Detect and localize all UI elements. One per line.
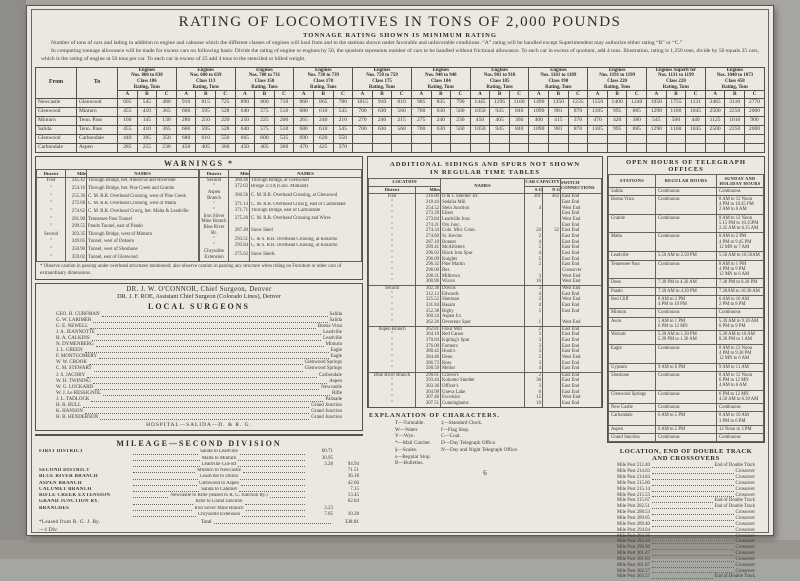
dotted-leader xyxy=(652,514,734,515)
rating-value-cell: 240 xyxy=(313,116,333,125)
hours-line: 9 AM to 6 PM xyxy=(658,365,714,370)
station-cell: Malta xyxy=(609,233,656,252)
rating-value-cell xyxy=(725,143,745,152)
rating-value-cell xyxy=(549,143,569,152)
rating-value-cell: 840 xyxy=(509,125,529,134)
dotted-leader xyxy=(89,364,303,365)
warning-row: Aspen Branch360.56C. M. R.R. Overhead Cr… xyxy=(200,190,362,202)
engine-col-line: Rating, Tons xyxy=(529,85,587,91)
hours-line: 12 MN to 7 AM xyxy=(719,245,761,250)
warning-row: "254.16Through Bridge, bet. Pine Creek a… xyxy=(37,185,199,193)
engine-col-header: EnginesNos. 1040 to 1073Class 458Rating,… xyxy=(705,67,764,91)
engine-col-line: Rating, Tons xyxy=(647,85,705,91)
station-cell: Aspen xyxy=(609,425,656,433)
name-cell: C. M. R.R. Overhead Crossing, west of Pi… xyxy=(87,193,199,201)
dotted-leader xyxy=(652,496,734,497)
mile-header: Mile xyxy=(229,169,250,177)
abc-header: A xyxy=(529,91,549,98)
rating-value-cell xyxy=(470,143,490,152)
hours-line: 4.50 AM to 6.30 AM xyxy=(719,397,761,402)
name-cell: C. M. R.R. Overhead Crossing, west of Ma… xyxy=(87,201,199,209)
rating-value-cell: 680 xyxy=(294,107,314,116)
dotted-leader xyxy=(87,377,317,378)
dotted-leader xyxy=(241,485,305,486)
rating-value-cell: 1295 xyxy=(490,98,510,107)
car-capacity-header: CAR CAPACITY xyxy=(525,178,561,186)
name-cell: Tunnel, west of Shoshone xyxy=(87,246,199,254)
rating-value-cell xyxy=(588,134,608,143)
rating-value-cell: 455 xyxy=(118,125,138,134)
telegraph-row: Red Cliff8 AM to 2 PM4 PM to 10 PM6 AM t… xyxy=(609,295,764,309)
hours-line: Continuous xyxy=(658,234,714,239)
rating-value-cell: 225 xyxy=(255,116,275,125)
district-cell: " xyxy=(37,201,66,209)
division-margin-note: —1 Div. xyxy=(39,527,359,533)
rating-value-cell: 270 xyxy=(353,116,373,125)
rating-value-cell: 985 xyxy=(411,98,431,107)
warning-row: "274.62C. M. R.R. Overhead Cros'g, bet. … xyxy=(37,208,199,216)
name-cell: Pando Tunnel, east of Pando xyxy=(87,223,199,231)
character-definition: Y—Wye. xyxy=(395,433,431,440)
rating-value-cell xyxy=(705,143,725,152)
rating-value-cell xyxy=(470,134,490,143)
rating-value-cell: 365 xyxy=(157,107,177,116)
rating-value-cell: 700 xyxy=(353,125,373,134)
rating-value-cell: 3465 xyxy=(705,98,725,107)
rating-value-cell: 240 xyxy=(431,116,451,125)
rating-value-cell: 550 xyxy=(215,134,235,143)
sunday-hours-cell: 5.30 AM to 9.30 AM6 PM to 9 PM xyxy=(717,317,764,331)
header-row: District Mile NAMES xyxy=(200,169,362,177)
abc-header: B xyxy=(607,91,627,98)
to-cell: Minturn xyxy=(77,107,118,116)
rating-value-cell: 250 xyxy=(235,116,255,125)
hours-line: 2 AM to 6 AM xyxy=(719,207,761,212)
rating-value-cell: 440 xyxy=(686,116,706,125)
ng-header: N G xyxy=(543,186,561,194)
surgeons-panel: DR. J. W. O'CONNOR, Chief Surgeon, Denve… xyxy=(35,283,363,432)
rating-row: SalidaTenn. Pass455410365660595528640575… xyxy=(36,125,765,134)
regular-hours-cell: Continuous xyxy=(656,390,717,404)
rating-value-cell xyxy=(627,143,647,152)
rating-value-cell: 380 xyxy=(627,116,647,125)
rating-value-cell xyxy=(647,134,667,143)
rating-value-cell xyxy=(431,134,451,143)
dotted-leader xyxy=(652,526,734,527)
abc-header: B xyxy=(431,91,451,98)
district-cell: Second xyxy=(37,231,66,239)
district-cell: Aspen Branch xyxy=(200,190,229,202)
rating-value-cell: 665 xyxy=(235,134,255,143)
abc-header: C xyxy=(627,91,647,98)
rating-value-cell: 1235 xyxy=(568,98,588,107)
abc-header: A xyxy=(411,91,431,98)
page-border: RATING OF LOCOMOTIVES IN TONS OF 2,000 P… xyxy=(31,9,769,533)
regular-hours-header: REGULAR HOURS xyxy=(656,174,717,187)
hours-line: Continuous xyxy=(658,392,714,397)
dotted-leader xyxy=(652,473,734,474)
to-header: To xyxy=(77,67,118,98)
sunday-hours-cell: 8 AM to 12 Noon4 PM to 10.45 PM2 AM to 6… xyxy=(717,195,764,214)
station-cell: Salida xyxy=(609,187,656,195)
dotted-leader xyxy=(133,510,192,511)
rating-value-cell: 2250 xyxy=(725,107,745,116)
district-cell: " xyxy=(37,208,66,216)
rating-value-cell: 480 xyxy=(157,98,177,107)
dotted-leader xyxy=(93,322,327,323)
rating-value-cell: 450 xyxy=(235,143,255,152)
hours-line: 8.30 PM to 1 AM xyxy=(719,337,761,342)
regular-hours-cell: 7.30 PM to 4.30 AM xyxy=(656,279,717,287)
warning-row: "299.55Pando Tunnel, east of Pando xyxy=(37,223,199,231)
name-cell: Through Bridge, west of Minturn xyxy=(87,231,199,239)
header-row: STATIONS REGULAR HOURS SUNDAY AND HOLIDA… xyxy=(609,174,764,187)
station-cell: Tennessee Pass xyxy=(609,260,656,279)
abc-header: A xyxy=(235,91,255,98)
engine-col-header: EnginesNos. 600 to 639Class 113Rating, T… xyxy=(176,67,235,91)
rating-value-cell: 700 xyxy=(353,107,373,116)
rating-value-cell: 1950 xyxy=(647,98,667,107)
page-subtitle: TONNAGE RATING SHOWN IS MINIMUM RATING xyxy=(35,32,765,39)
rating-value-cell xyxy=(451,134,471,143)
rating-value-cell: 600 xyxy=(255,134,275,143)
mile-cell: 287.49 xyxy=(229,225,250,237)
from-cell: Carbondale xyxy=(36,143,77,152)
abc-header: B xyxy=(255,91,275,98)
rating-value-cell: 405 xyxy=(196,143,216,152)
mileage-leased-footnote: *Leased from R. G. J. Ry. xyxy=(39,519,131,525)
station-cell: Glenwood Springs xyxy=(609,390,656,404)
surgeon-list: GEO. H. CURFMANSalidaG. W. LARIMERSalida… xyxy=(42,312,356,422)
name-cell: Tunnel, west of Dotsero xyxy=(87,238,199,246)
regular-hours-cell: 5 AM to 1 PM6 PM to 12 MN xyxy=(656,317,717,331)
engine-col-line: Rating, Tons xyxy=(294,85,352,91)
rating-value-cell xyxy=(588,143,608,152)
engine-col-header: EnginesNos. 1191 to 1199Class 220Rating,… xyxy=(588,67,647,91)
telegraph-row: GraniteContinuous8 AM to 12 Noon5.15 PM … xyxy=(609,214,764,233)
rating-value-cell: 910 xyxy=(372,98,392,107)
dotted-leader xyxy=(242,516,305,517)
rating-value-cell xyxy=(509,143,529,152)
abc-header: B xyxy=(549,91,569,98)
rating-value-cell xyxy=(666,143,686,152)
rating-value-cell: 1240 xyxy=(627,98,647,107)
character-list-left: T—Turntable.W—Water.Y—Wye.*—Mail Catcher… xyxy=(395,420,431,467)
rating-value-cell: 840 xyxy=(509,107,529,116)
rating-value-cell: 835 xyxy=(431,98,451,107)
abc-header: C xyxy=(509,91,529,98)
abc-header: C xyxy=(215,91,235,98)
mile-cell: 274.62 xyxy=(66,208,87,216)
hours-line: 5.50 AM to 2.50 PM xyxy=(658,253,714,258)
rating-value-cell: 960 xyxy=(294,98,314,107)
dotted-leader xyxy=(652,555,734,556)
rating-value-cell: 800 xyxy=(255,98,275,107)
rating-value-cell: 470 xyxy=(588,116,608,125)
intro-paragraph-2: In computing tonnage allowance will be m… xyxy=(41,48,759,63)
rating-value-cell: 780 xyxy=(333,98,353,107)
hospital-note: HOSPITAL—SALIDA—D. & R. G. xyxy=(42,422,356,428)
rating-value-cell: 660 xyxy=(176,107,196,116)
sidings-table: LOCATION NAMES CAR CAPACITY SWITCH CONNE… xyxy=(368,178,602,407)
abc-header-row: ABCABCABCABCABCABCABCABCABCABCABC xyxy=(36,91,765,98)
hours-line: Continuous xyxy=(719,189,761,194)
page-title: RATING OF LOCOMOTIVES IN TONS OF 2,000 P… xyxy=(35,14,765,31)
sunday-hours-cell: 8 AM to 2 PM4 PM to 9.45 PM12 MN to 7 AM xyxy=(717,233,764,252)
rating-value-cell: 690 xyxy=(294,134,314,143)
district-cell: " xyxy=(37,223,66,231)
sidings-title-line2: IN REGULAR TIME TABLES xyxy=(368,169,602,177)
station-cell: New Castle xyxy=(609,404,656,412)
mile-cell: 303.35 xyxy=(66,231,87,239)
from-cell: Newcastle xyxy=(36,98,77,107)
warnings-table-right: District Mile NAMES Second360.48Through … xyxy=(199,169,362,262)
to-cell: Aspen xyxy=(77,143,118,152)
sunday-hours-cell: 8 AM to 12 Noon5.15 PM to 10.15PM2.45 AM… xyxy=(717,214,764,233)
assistant-chief-surgeon: DR. J. F. ROE, Assistant Chief Surgeon (… xyxy=(42,293,356,300)
chief-surgeon: DR. J. W. O'CONNOR, Chief Surgeon, Denve… xyxy=(42,286,356,293)
hours-line: Continuous xyxy=(658,189,714,194)
engine-col-header: EnginesNos. 901 to 918Class 185Rating, T… xyxy=(470,67,529,91)
dotted-leader xyxy=(133,479,198,480)
name-cell: Through Bridge, bet. Americus and Rivers… xyxy=(87,177,199,185)
district-cell: First xyxy=(37,177,66,185)
rating-value-cell: 370 xyxy=(568,116,588,125)
rating-value-cell: 405 xyxy=(255,143,275,152)
regular-hours-cell: 8 AM to 2 PM4 PM to 10 PM xyxy=(656,295,717,309)
abc-header: B xyxy=(137,91,157,98)
telegraph-row: Grand JunctionContinuousContinuous xyxy=(609,434,764,442)
rating-value-cell: 210 xyxy=(333,116,353,125)
station-cell: Buena Vista xyxy=(609,195,656,214)
rating-value-cell: 130 xyxy=(157,116,177,125)
rating-value-cell: 230 xyxy=(451,116,471,125)
names-header: NAMES xyxy=(87,169,199,177)
district-cell: " xyxy=(37,238,66,246)
rating-value-cell: 1550 xyxy=(588,98,608,107)
character-definition: s—Regular Stop. xyxy=(395,454,431,461)
rating-value-cell: 1160 xyxy=(666,107,686,116)
abc-header: B xyxy=(196,91,216,98)
intro-text: Number of tons of cars and lading in add… xyxy=(35,39,765,66)
surgeon-name: H. B. HENDERSON xyxy=(56,415,98,421)
rating-value-cell: 1010 xyxy=(725,116,745,125)
rating-value-cell: 545 xyxy=(333,125,353,134)
rating-value-cell: 145 xyxy=(137,116,157,125)
hours-line: 12 MN to 6 AM xyxy=(719,356,761,361)
mile-cell: 254.16 xyxy=(66,185,87,193)
warning-row: "272.68C. M. R.R. Overhead Crossing, wes… xyxy=(37,201,199,209)
telegraph-row: ShoshoneContinuous8 AM to 12 Noon6 PM to… xyxy=(609,371,764,390)
regular-hours-cell: 6 AM to 5 PM xyxy=(656,425,717,433)
abc-header: A xyxy=(118,91,138,98)
rating-value-cell: 1050 xyxy=(470,107,490,116)
dotted-leader xyxy=(243,472,305,473)
hours-line: Continuous xyxy=(658,310,714,315)
explanation-panel: EXPLANATION OF CHARACTERS. T—Turntable.W… xyxy=(367,412,603,467)
rating-value-cell xyxy=(686,134,706,143)
abc-header: B xyxy=(490,91,510,98)
dotted-leader xyxy=(652,549,734,550)
abc-header: B xyxy=(313,91,333,98)
rating-value-cell xyxy=(745,134,765,143)
siding-row: "307.51Cunninghams10East End xyxy=(369,401,602,407)
sunday-hours-cell: 5.50 AM to 10.50AM xyxy=(717,252,764,260)
rating-value-cell: 900 xyxy=(745,116,765,125)
rating-value-cell: 370 xyxy=(333,143,353,152)
sunday-hours-cell: 7.30 PM to 8.30 PM xyxy=(717,279,764,287)
abc-header: C xyxy=(451,91,471,98)
rating-value-cell: 410 xyxy=(137,107,157,116)
rating-value-cell xyxy=(549,134,569,143)
hours-line: Continuous xyxy=(658,262,714,267)
rating-value-cell xyxy=(725,134,745,143)
dotted-leader xyxy=(239,491,305,492)
sg-header: S G xyxy=(525,186,543,194)
warning-row: Iron Silver Mine Branch275.20C. M. R.R. … xyxy=(200,214,362,226)
name-cell: Cunninghams xyxy=(441,401,525,407)
rating-value-cell: 395 xyxy=(137,134,157,143)
rating-value-cell: 981 xyxy=(549,125,569,134)
district-cell: " xyxy=(37,246,66,254)
rating-value-cell: 981 xyxy=(549,107,569,116)
rating-value-cell: 575 xyxy=(255,125,275,134)
rating-value-cell: 1090 xyxy=(529,125,549,134)
telegraph-row: Gypsum9 AM to 6 PM9 AM to 11 AM xyxy=(609,363,764,371)
telegraph-row: Aspen6 AM to 5 PM12 Noon to 3 PM xyxy=(609,425,764,433)
mile-cell: 281.90 xyxy=(66,216,87,224)
warning-row: "349.05Tunnel, west of Dotsero xyxy=(37,238,199,246)
rating-value-cell: 230 xyxy=(157,143,177,152)
location-header: LOCATION xyxy=(369,178,441,186)
station-cell: Grand Junction xyxy=(609,434,656,442)
mileage-total-value: 338.81 xyxy=(333,519,359,525)
engine-col-header: EnginesNos. 1181 to 1189Class 190Rating,… xyxy=(529,67,588,91)
dotted-leader xyxy=(133,485,197,486)
engine-col-line: Rating, Tons xyxy=(706,85,764,91)
rating-value-cell: 630 xyxy=(372,107,392,116)
rating-value-cell: 1400 xyxy=(607,98,627,107)
rating-value-cell: 630 xyxy=(431,125,451,134)
abc-header: C xyxy=(274,91,294,98)
hours-line: Continuous xyxy=(658,373,714,378)
telegraph-row: MinturnContinuousContinuous xyxy=(609,309,764,317)
rating-row: GlenwoodCarbondale4403953506806105506656… xyxy=(36,134,765,143)
rating-value-cell: 870 xyxy=(568,107,588,116)
telegraph-panel: OPEN HOURS OF TELEGRAPH OFFICES STATIONS… xyxy=(607,156,765,444)
mileage-miles: 7.05 xyxy=(307,512,333,518)
character-list-right: ‡—Standard Clock.f—Flag Stop.C—Coal.D—Da… xyxy=(441,420,518,467)
dotted-leader xyxy=(83,407,309,408)
station-cell: Gypsum xyxy=(609,363,656,371)
rating-value-cell: 560 xyxy=(451,125,471,134)
warning-row: "281.90Tennessee Pass Tunnel xyxy=(37,216,199,224)
rating-value-cell: 595 xyxy=(196,125,216,134)
ng-capacity-cell xyxy=(543,401,561,407)
dotted-leader xyxy=(133,472,195,473)
district-header: District xyxy=(369,186,416,194)
rating-value-cell xyxy=(353,134,373,143)
mileage-row: Chrysolite Extension7.0510.28 xyxy=(39,512,359,518)
hours-line: Continuous xyxy=(719,310,761,315)
rating-value-cell: 595 xyxy=(196,107,216,116)
telegraph-row: Wolcott5.30 AM to 1.30 PM5.30 PM to 1.30… xyxy=(609,331,764,345)
sg-capacity-cell: 10 xyxy=(525,401,543,407)
character-definition: f—Flag Stop. xyxy=(441,427,518,434)
rating-value-cell: 450 xyxy=(176,143,196,152)
rating-value-cell: 680 xyxy=(176,134,196,143)
telegraph-row: Glenwood SpringsContinuous6 PM to 12 MN4… xyxy=(609,390,764,404)
rating-value-cell: 1015 xyxy=(353,98,373,107)
rating-value-cell: 360 xyxy=(274,143,294,152)
mileage-title: MILEAGE—SECOND DIVISION xyxy=(39,437,359,449)
rating-value-cell: 680 xyxy=(294,125,314,134)
dotted-leader xyxy=(238,466,305,467)
rating-value-cell: 620 xyxy=(313,134,333,143)
warnings-table-left: District Mile NAMES First245.42Through B… xyxy=(36,169,199,262)
rating-value-cell xyxy=(431,143,451,152)
station-cell: Leadville xyxy=(609,252,656,260)
telegraph-row: Pando7.30 AM to 4.30 PM7.30AM to 10.30 A… xyxy=(609,287,764,295)
regular-hours-cell: Continuous xyxy=(656,195,717,214)
rating-value-cell: 405 xyxy=(490,116,510,125)
dotted-leader xyxy=(238,460,305,461)
rating-value-cell: 560 xyxy=(451,107,471,116)
rating-value-cell: 885 xyxy=(627,125,647,134)
sunday-hours-cell: 9 AM to 11 AM xyxy=(717,363,764,371)
rating-value-cell: 710 xyxy=(274,98,294,107)
rating-value-cell: 810 xyxy=(392,98,412,107)
sunday-hours-cell: Continuous xyxy=(717,309,764,317)
character-definition: W—Water. xyxy=(395,427,431,434)
telegraph-row: SalidaContinuousContinuous xyxy=(609,187,764,195)
rating-value-cell: 420 xyxy=(607,116,627,125)
rating-value-cell: 360 xyxy=(509,116,529,125)
rating-value-cell xyxy=(353,143,373,152)
sunday-hours-header: SUNDAY AND HOLIDAY HOURS xyxy=(717,174,764,187)
name-cell: C. M. R.R. Overhead Crossing, at Glenwoo… xyxy=(250,190,362,202)
warnings-title: WARNINGS * xyxy=(36,157,362,169)
crossovers-panel: LOCATION, END OF DOUBLE TRACK AND CROSSO… xyxy=(607,445,765,559)
rating-value-cell: 285 xyxy=(118,143,138,152)
surgeon-row: H. B. HENDERSONGrand Junction xyxy=(42,415,356,421)
regular-hours-cell: Continuous xyxy=(656,309,717,317)
dotted-leader xyxy=(133,497,168,498)
station-cell: Deen xyxy=(609,279,656,287)
abc-header: B xyxy=(725,91,745,98)
rating-value-cell: 1490 xyxy=(529,98,549,107)
hours-line: Continuous xyxy=(658,346,714,351)
district-cell: Chrysolite Extension xyxy=(200,249,229,261)
rating-value-cell: 265 xyxy=(294,116,314,125)
sunday-hours-cell: Continuous xyxy=(717,434,764,442)
rating-value-cell: 275 xyxy=(411,116,431,125)
abc-header: C xyxy=(686,91,706,98)
telegraph-table: STATIONS REGULAR HOURS SUNDAY AND HOLIDA… xyxy=(608,174,764,443)
rating-value-cell: 1105 xyxy=(588,107,608,116)
mileage-panel: MILEAGE—SECOND DIVISION FIRST DISTRICTSa… xyxy=(35,434,363,533)
rating-value-cell xyxy=(686,143,706,152)
stations-header: STATIONS xyxy=(609,174,656,187)
rating-value-cell: 528 xyxy=(215,107,235,116)
abc-header: B xyxy=(666,91,686,98)
telegraph-row: Leadville5.50 AM to 2.50 PM5.50 AM to 10… xyxy=(609,252,764,260)
dotted-leader xyxy=(133,454,198,455)
rating-value-cell: 545 xyxy=(333,107,353,116)
telegraph-row: Deen7.30 PM to 4.30 AM7.30 PM to 8.30 PM xyxy=(609,279,764,287)
station-cell: Red Cliff xyxy=(609,295,656,309)
dotted-leader xyxy=(133,504,193,505)
